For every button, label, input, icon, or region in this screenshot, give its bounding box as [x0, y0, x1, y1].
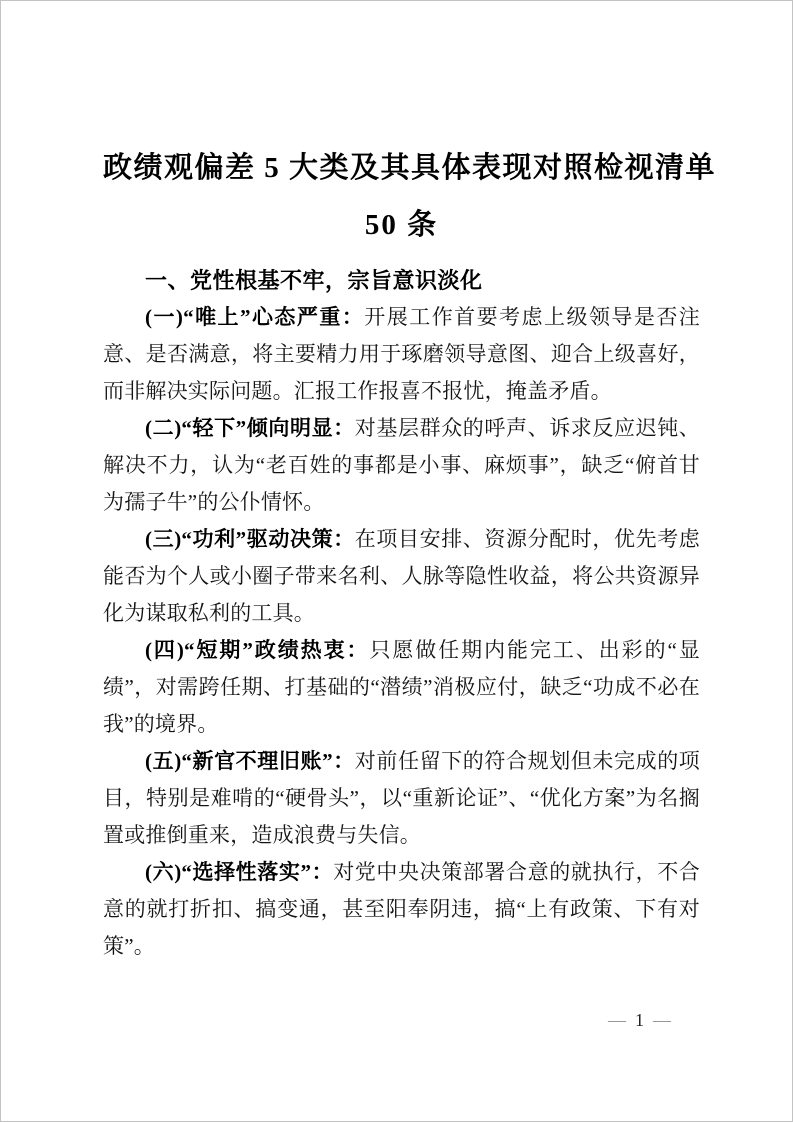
clause-lead-6: (六)“选择性落实”： — [145, 860, 333, 884]
clause-lead-3: (三)“功利”驱动决策： — [145, 527, 355, 551]
clause-lead-1: (一)“唯上”心态严重： — [145, 305, 364, 329]
clause-paragraph-5: (五)“新官不理旧账”：对前任留下的符合规划但未完成的项目，特别是难啃的“硬骨头… — [103, 743, 700, 854]
page-number-dash-left: — — [599, 1010, 635, 1030]
page-number: —1— — [599, 1007, 680, 1033]
clause-lead-4: (四)“短期”政绩热衷： — [145, 638, 369, 662]
clause-lead-5: (五)“新官不理旧账”： — [145, 749, 355, 773]
clause-paragraph-1: (一)“唯上”心态严重：开展工作首要考虑上级领导是否注意、是否满意，将主要精力用… — [103, 299, 700, 410]
clause-paragraph-4: (四)“短期”政绩热衷：只愿做任期内能完工、出彩的“显绩”，对需跨任期、打基础的… — [103, 632, 700, 743]
clause-paragraph-2: (二)“轻下”倾向明显：对基层群众的呼声、诉求反应迟钝、解决不力，认为“老百姓的… — [103, 410, 700, 521]
page-number-value: 1 — [635, 1010, 644, 1030]
page-number-dash-right: — — [644, 1010, 680, 1030]
document-page: 政绩观偏差 5 大类及其具体表现对照检视清单 50 条 一、党性根基不牢，宗旨意… — [0, 0, 793, 1122]
clause-paragraph-3: (三)“功利”驱动决策：在项目安排、资源分配时，优先考虑能否为个人或小圈子带来名… — [103, 521, 700, 632]
clause-paragraph-6: (六)“选择性落实”：对党中央决策部署合意的就执行，不合意的就打折扣、搞变通，甚… — [103, 854, 700, 965]
document-title-line1: 政绩观偏差 5 大类及其具体表现对照检视清单 — [103, 140, 700, 197]
document-title-line2: 50 条 — [103, 197, 700, 254]
section-heading: 一、党性根基不牢，宗旨意识淡化 — [103, 262, 700, 299]
clause-lead-2: (二)“轻下”倾向明显： — [145, 416, 355, 440]
